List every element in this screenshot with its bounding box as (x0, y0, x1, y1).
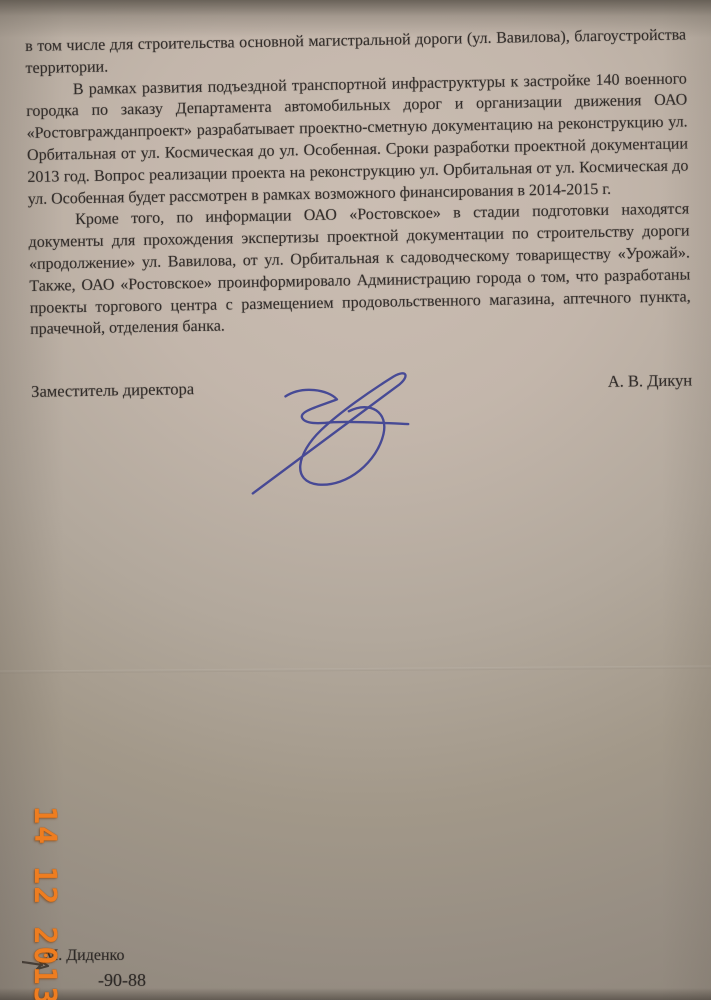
executor-phone: -90-88 (98, 970, 146, 991)
document-photo: в том числе для строительства основной м… (0, 0, 711, 1000)
signer-name: А. В. Дикун (608, 370, 693, 393)
handwritten-signature-ink (233, 366, 431, 506)
paragraph: В рамках развития подъездной транспортно… (26, 68, 689, 210)
camera-date-stamp: 14 12 2013 (27, 806, 62, 1000)
paragraph: Кроме того, по информации ОАО «Ростовско… (28, 199, 691, 341)
signer-position-title: Заместитель директора (31, 378, 194, 403)
document-body: в том числе для строительства основной м… (25, 24, 692, 402)
paper-fold-crease (0, 666, 711, 674)
